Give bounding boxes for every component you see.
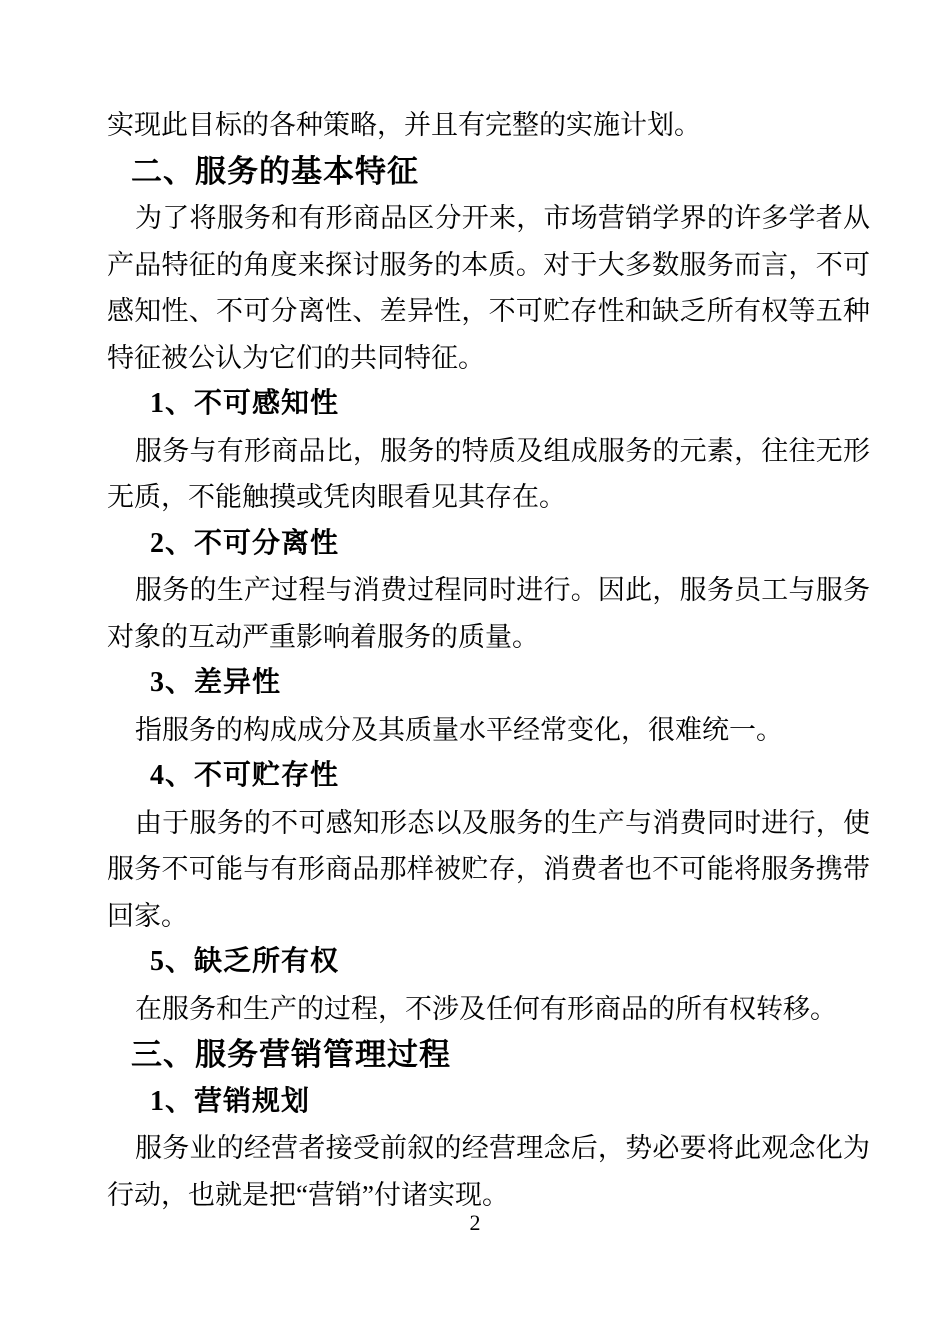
paragraph: 服务业的经营者接受前叙的经营理念后，势必要将此观念化为行动，也就是把“营销”付诸… [107,1125,870,1218]
sub-heading: 1、不可感知性 [107,381,870,428]
sub-heading: 1、营销规划 [107,1079,870,1126]
paragraph: 为了将服务和有形商品区分开来，市场营销学界的许多学者从产品特征的角度来探讨服务的… [107,195,870,381]
page-number: 2 [0,1208,950,1238]
paragraph: 服务与有形商品比，服务的特质及组成服务的元素，往往无形无质，不能触摸或凭肉眼看见… [107,428,870,521]
section-heading: 三、服务营销管理过程 [107,1032,870,1079]
page-content: 实现此目标的各种策略，并且有完整的实施计划。二、服务的基本特征为了将服务和有形商… [107,102,870,1218]
paragraph: 在服务和生产的过程，不涉及任何有形商品的所有权转移。 [107,986,870,1033]
document-page: 实现此目标的各种策略，并且有完整的实施计划。二、服务的基本特征为了将服务和有形商… [0,0,950,1342]
paragraph-continuation: 实现此目标的各种策略，并且有完整的实施计划。 [107,102,870,149]
section-heading: 二、服务的基本特征 [107,149,870,196]
sub-heading: 3、差异性 [107,660,870,707]
sub-heading: 2、不可分离性 [107,521,870,568]
paragraph: 服务的生产过程与消费过程同时进行。因此，服务员工与服务对象的互动严重影响着服务的… [107,567,870,660]
sub-heading: 4、不可贮存性 [107,753,870,800]
paragraph: 由于服务的不可感知形态以及服务的生产与消费同时进行，使服务不可能与有形商品那样被… [107,800,870,940]
sub-heading: 5、缺乏所有权 [107,939,870,986]
paragraph: 指服务的构成成分及其质量水平经常变化，很难统一。 [107,707,870,754]
